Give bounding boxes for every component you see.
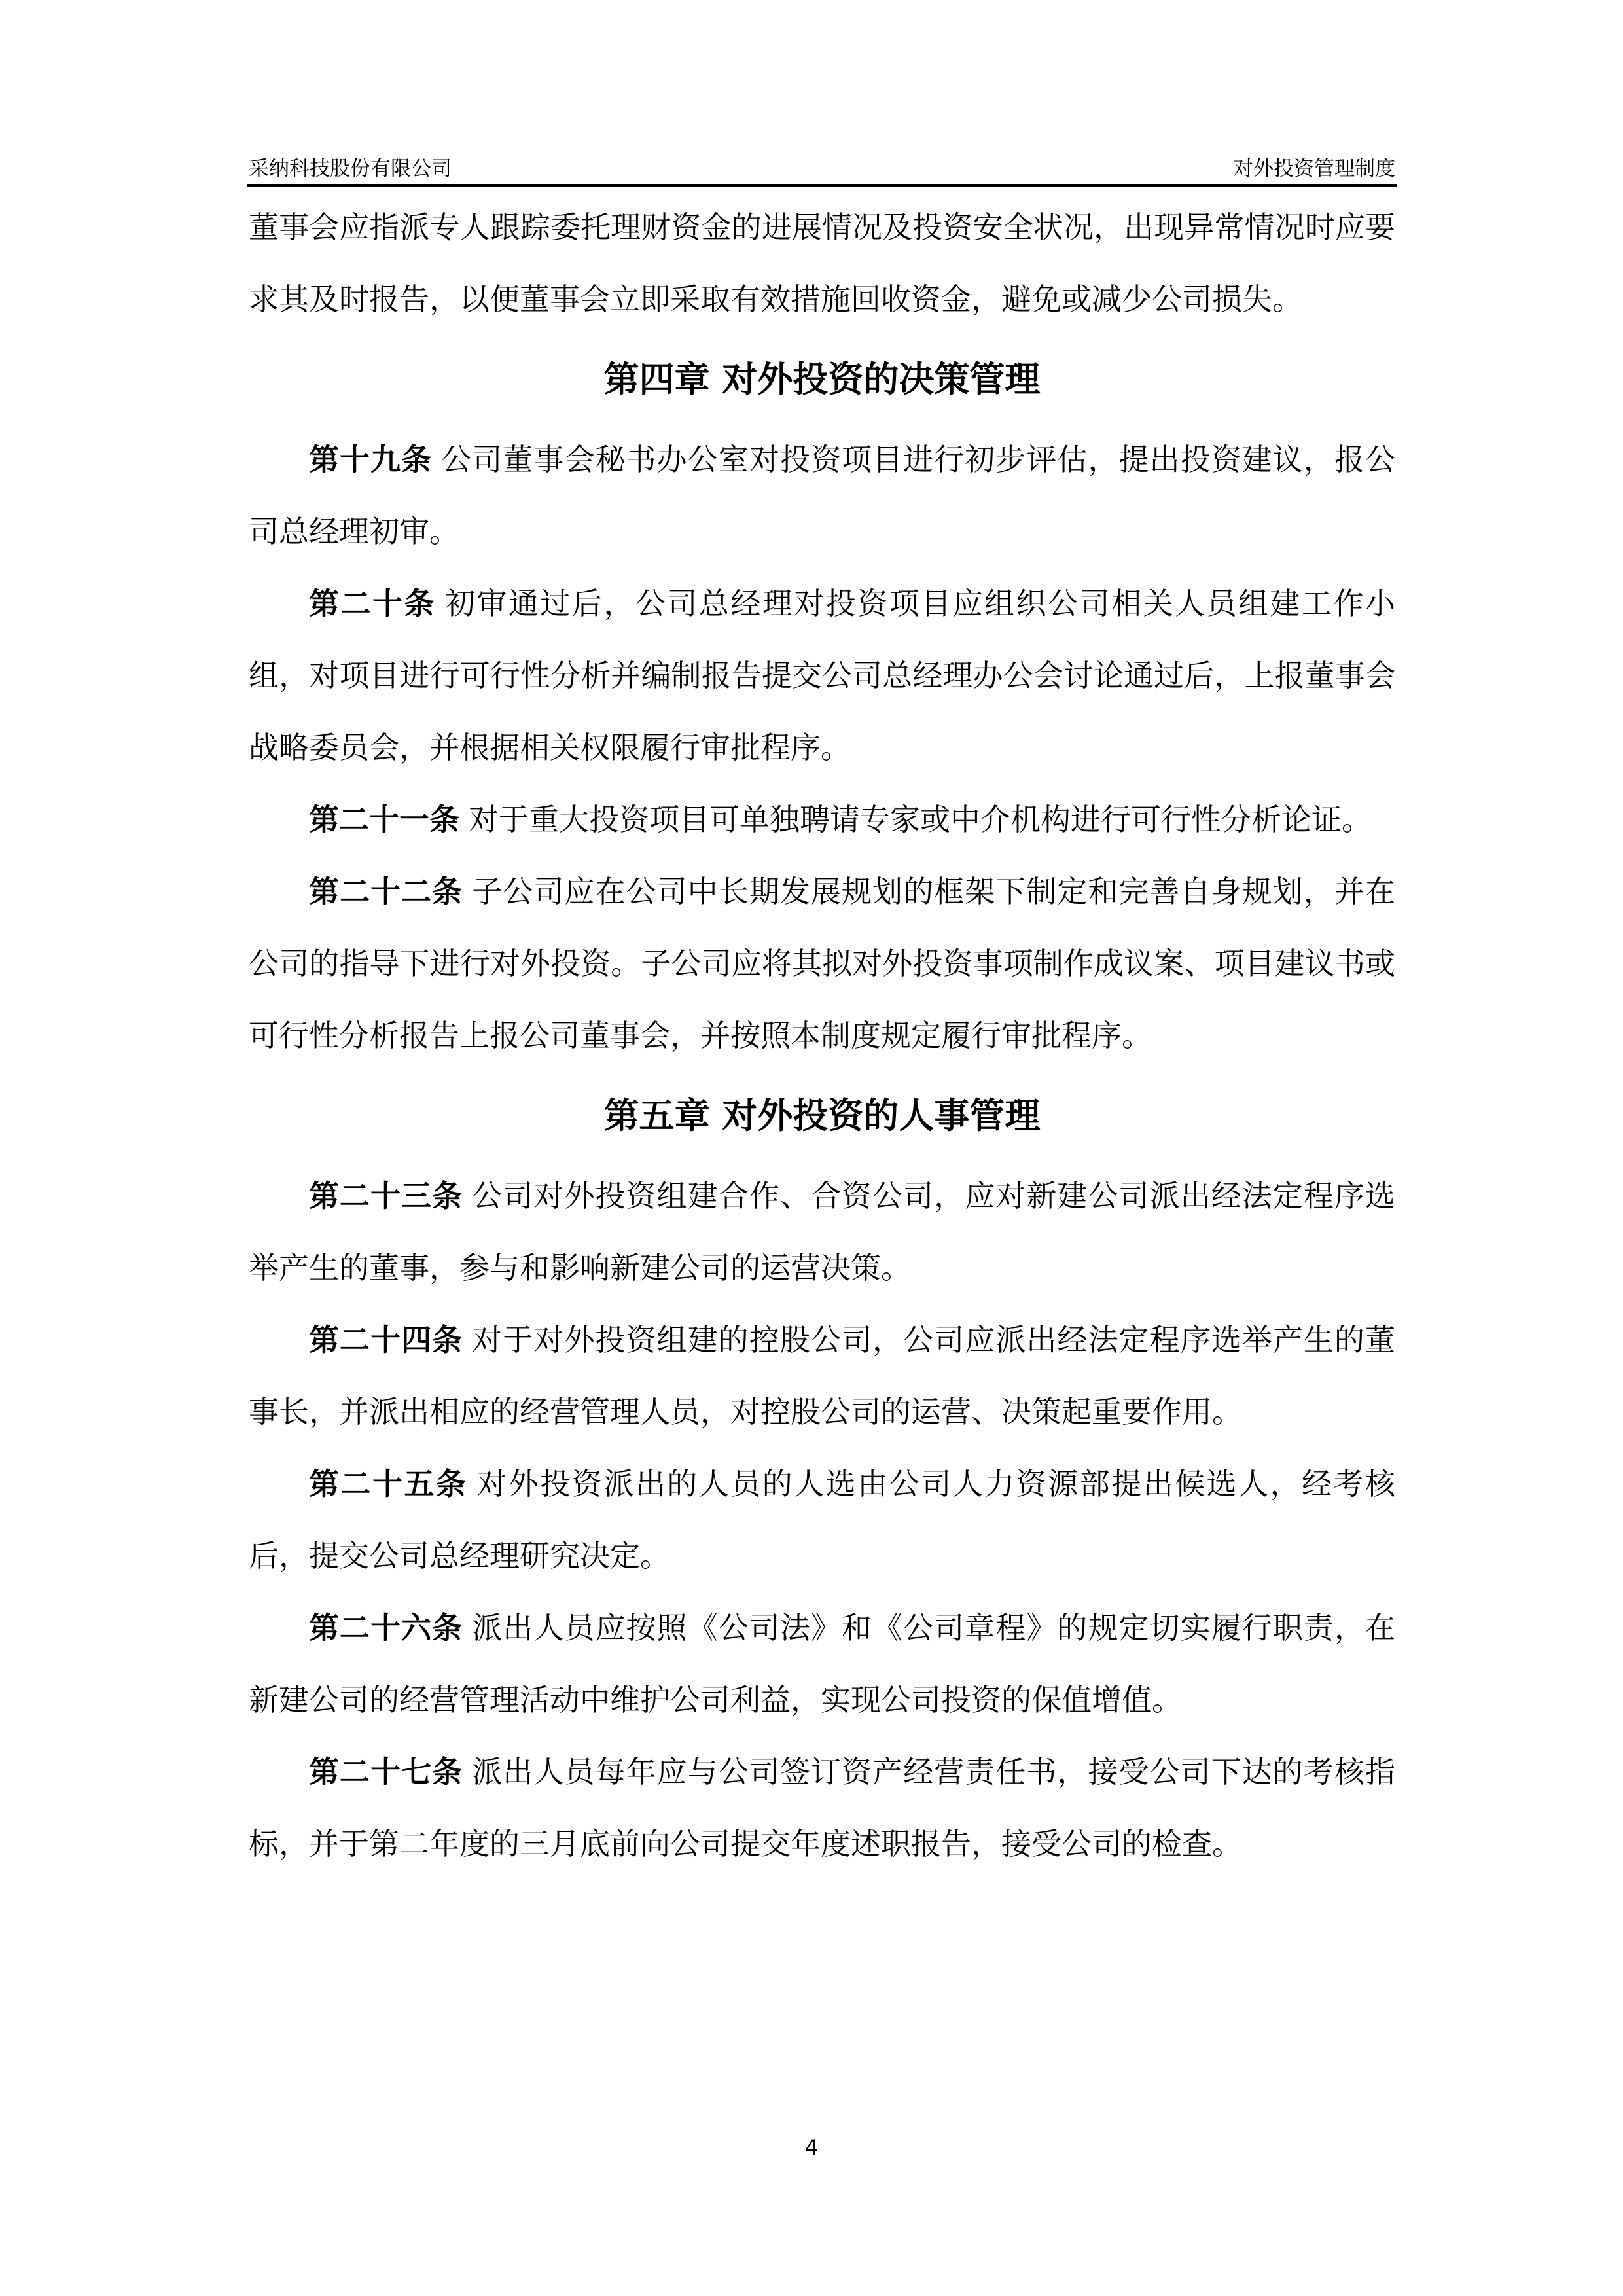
document-body: 董事会应指派专人跟踪委托理财资金的进展情况及投资安全状况，出现异常情况时应要求其… <box>249 191 1395 1880</box>
header-document-title: 对外投资管理制度 <box>1233 152 1395 181</box>
article-label: 第二十条 <box>309 586 436 621</box>
article-label: 第二十四条 <box>309 1322 463 1357</box>
article-label: 第二十五条 <box>309 1466 467 1501</box>
article-label: 第二十二条 <box>309 874 463 909</box>
article-25: 第二十五条对外投资派出的人员的人选由公司人力资源部提出候选人，经考核后，提交公司… <box>249 1448 1395 1592</box>
header-rule <box>247 184 1397 187</box>
page-number: 4 <box>0 2135 1623 2160</box>
chapter-heading-4: 第四章 对外投资的决策管理 <box>249 335 1395 423</box>
article-text: 对于重大投资项目可单独聘请专家或中介机构进行可行性分析论证。 <box>469 802 1372 837</box>
article-24: 第二十四条对于对外投资组建的控股公司，公司应派出经法定程序选举产生的董事长，并派… <box>249 1304 1395 1448</box>
article-label: 第二十一条 <box>309 802 459 837</box>
continuation-paragraph: 董事会应指派专人跟踪委托理财资金的进展情况及投资安全状况，出现异常情况时应要求其… <box>249 191 1395 335</box>
article-26: 第二十六条派出人员应按照《公司法》和《公司章程》的规定切实履行职责，在新建公司的… <box>249 1592 1395 1736</box>
header-company-name: 采纳科技股份有限公司 <box>249 152 452 181</box>
article-20: 第二十条初审通过后，公司总经理对投资项目应组织公司相关人员组建工作小组，对项目进… <box>249 567 1395 783</box>
article-label: 第二十三条 <box>309 1178 463 1213</box>
article-label: 第二十七条 <box>309 1754 463 1789</box>
chapter-heading-5: 第五章 对外投资的人事管理 <box>249 1071 1395 1160</box>
page-header: 采纳科技股份有限公司 对外投资管理制度 <box>249 152 1395 183</box>
article-label: 第二十六条 <box>309 1610 463 1645</box>
article-22: 第二十二条子公司应在公司中长期发展规划的框架下制定和完善自身规划，并在公司的指导… <box>249 855 1395 1071</box>
article-label: 第十九条 <box>309 442 432 477</box>
article-21: 第二十一条对于重大投资项目可单独聘请专家或中介机构进行可行性分析论证。 <box>249 783 1395 855</box>
article-19: 第十九条公司董事会秘书办公室对投资项目进行初步评估，提出投资建议，报公司总经理初… <box>249 423 1395 567</box>
article-27: 第二十七条派出人员每年应与公司签订资产经营责任书，接受公司下达的考核指标，并于第… <box>249 1736 1395 1880</box>
article-23: 第二十三条公司对外投资组建合作、合资公司，应对新建公司派出经法定程序选举产生的董… <box>249 1160 1395 1304</box>
